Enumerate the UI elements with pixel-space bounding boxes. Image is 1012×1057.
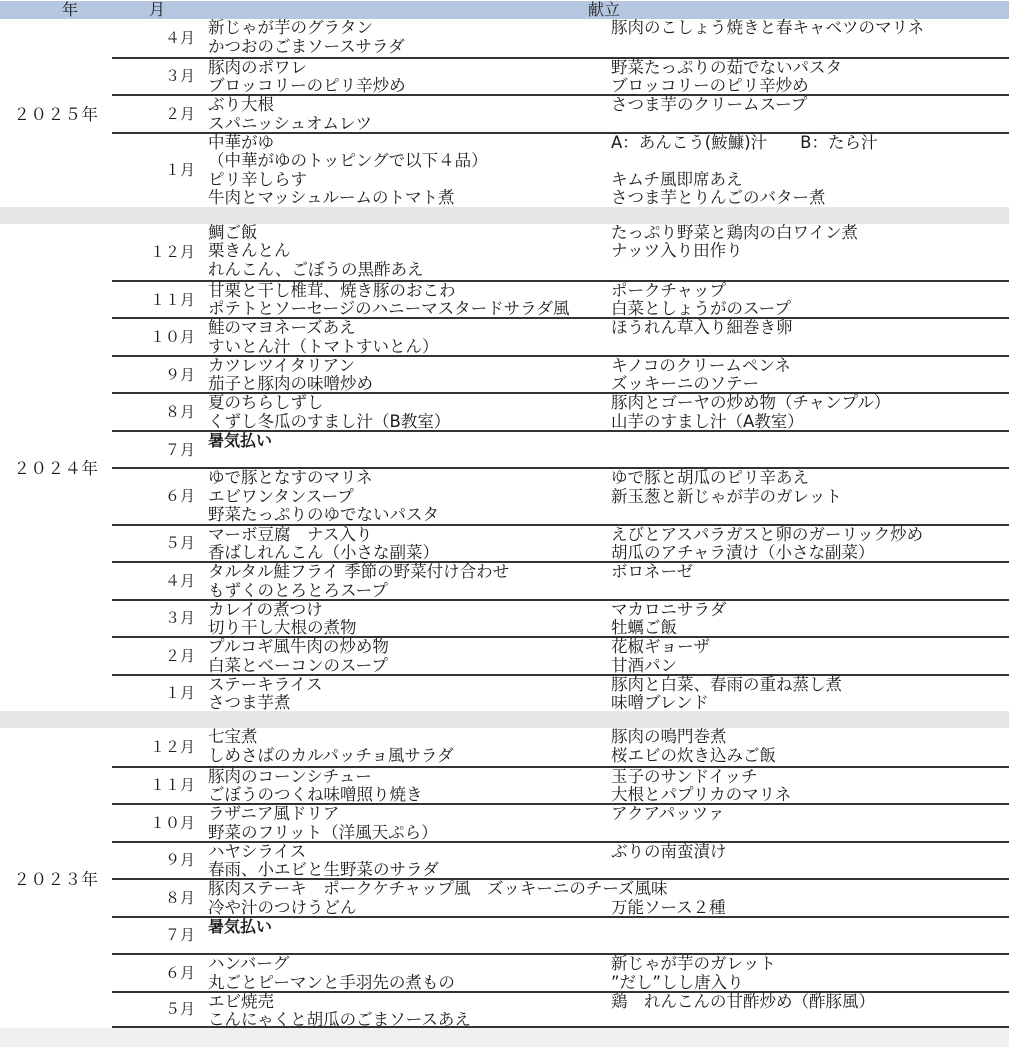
month-label: ４月 [112, 29, 208, 47]
month-row: ３月 カレイの煮つけ 切り干し大根の煮物 マカロニサラダ 牡蠣ご飯 [112, 599, 1009, 637]
month-label: ８月 [112, 403, 208, 421]
month-rows: ４月 新じゃが芋のグラタン かつおのごまソースサラダ 豚肉のこしょう焼きと春キャ… [112, 19, 1009, 207]
dishes-primary: マーボ豆腐 ナス入り 香ばしれんこん（小さな副菜） [208, 526, 611, 562]
dishes-primary: エビ焼売 こんにゃくと胡瓜のごまソースあえ [208, 993, 611, 1027]
month-rows: １２月 七宝煮 しめさばのカルパッチョ風サラダ 豚肉の鳴門巻煮 桜エビの炊き込み… [112, 728, 1009, 1028]
month-row: ９月 カツレツイタリアン 茄子と豚肉の味噌炒め キノコのクリームペンネ ズッキー… [112, 355, 1009, 393]
month-row: ６月 ゆで豚となすのマリネ エビワンタンスープ 野菜たっぷりのゆでないパスタ ゆ… [112, 467, 1009, 523]
dishes-secondary: ボロネーゼ [611, 563, 1009, 599]
dishes-secondary: ほうれん草入り細巻き卵 [611, 319, 1009, 355]
dishes-primary: 中華がゆ （中華がゆのトッピングで以下４品） ピリ辛しらす 牛肉とマッシュルーム… [208, 134, 611, 207]
month-label: ８月 [112, 889, 208, 907]
month-label: ７月 [112, 926, 208, 944]
month-row: ７月 暑気払い [112, 430, 1009, 468]
month-label: ６月 [112, 964, 208, 982]
dishes-secondary: たっぷり野菜と鶏肉の白ワイン煮 ナッツ入り田作り [611, 224, 1009, 280]
dishes-primary: ぶり大根 スパニッシュオムレツ [208, 96, 611, 132]
dishes-primary: 鮭のマヨネーズあえ すいとん汁（トマトすいとん） [208, 319, 611, 355]
year-label: ２０２４年 [0, 224, 112, 712]
dishes-secondary: ぶりの南蛮漬け [611, 843, 1009, 879]
dishes-secondary: 鶏 れんこんの甘酢炒め（酢豚風） [611, 993, 1009, 1027]
month-row: １月 ステーキライス さつま芋煮 豚肉と白菜、春雨の重ね蒸し煮 味噌ブレンド [112, 674, 1009, 712]
year-label: ２０２３年 [0, 728, 112, 1028]
month-label: １１月 [112, 776, 208, 794]
dishes-primary: 七宝煮 しめさばのカルパッチョ風サラダ [208, 728, 611, 766]
month-label: １月 [112, 161, 208, 179]
dishes-secondary: マカロニサラダ 牡蠣ご飯 [611, 601, 1009, 637]
dishes-secondary: アクアパッツァ [611, 805, 1009, 841]
month-row: ７月 暑気払い [112, 916, 1009, 954]
month-row: ８月 夏のちらしずし くずし冬瓜のすまし汁（B教室） 豚肉とゴーヤの炒め物（チャ… [112, 392, 1009, 430]
month-label: １０月 [112, 328, 208, 346]
month-label: １０月 [112, 814, 208, 832]
dishes-primary: 新じゃが芋のグラタン かつおのごまソースサラダ [208, 19, 611, 57]
month-rows: １２月 鯛ご飯 栗きんとん れんこん、ごぼうの黒酢あえ たっぷり野菜と鶏肉の白ワ… [112, 224, 1009, 712]
month-label: ２月 [112, 105, 208, 123]
dishes-secondary: 豚肉のこしょう焼きと春キャベツのマリネ [611, 19, 1009, 57]
dishes-secondary: A：あんこう(鮟鱇)汁 B：たら汁 キムチ風即席あえ さつま芋とりんごのバター煮 [611, 134, 1009, 207]
month-label: ４月 [112, 572, 208, 590]
month-row: ８月 豚肉ステーキ ポークケチャップ風 ズッキーニのチーズ風味 冷や汁のつけうど… [112, 878, 1009, 916]
dishes-primary: カレイの煮つけ 切り干し大根の煮物 [208, 601, 611, 637]
dishes-primary: ハンバーグ 丸ごとピーマンと手羽先の煮もの [208, 955, 611, 991]
month-label: ３月 [112, 67, 208, 85]
month-row: ５月 エビ焼売 こんにゃくと胡瓜のごまソースあえ 鶏 れんこんの甘酢炒め（酢豚風… [112, 991, 1009, 1029]
month-label: １２月 [112, 243, 208, 261]
dishes-secondary: 花椒ギョーザ 甘酒パン [611, 638, 1009, 674]
dishes-primary: 暑気払い [208, 918, 611, 954]
dishes-secondary: えびとアスパラガスと卵のガーリック炒め 胡瓜のアチャラ漬け（小さな副菜） [611, 526, 1009, 562]
month-row: １１月 甘栗と干し椎茸、焼き豚のおこわ ポテトとソーセージのハニーマスタードサラ… [112, 280, 1009, 318]
dishes-secondary [611, 432, 1009, 468]
month-label: ６月 [112, 487, 208, 505]
dishes-primary: 鯛ご飯 栗きんとん れんこん、ごぼうの黒酢あえ [208, 224, 611, 280]
month-row: ４月 タルタル鮭フライ 季節の野菜付け合わせ もずくのとろとろスープ ボロネーゼ [112, 561, 1009, 599]
year-separator [0, 207, 1009, 224]
year-block-2023: ２０２３年 １２月 七宝煮 しめさばのカルパッチョ風サラダ 豚肉の鳴門巻煮 桜エ… [0, 728, 1009, 1028]
month-label: ２月 [112, 647, 208, 665]
dishes-primary: ゆで豚となすのマリネ エビワンタンスープ 野菜たっぷりのゆでないパスタ [208, 469, 611, 523]
header-month: 月 [149, 1, 165, 19]
dishes-secondary: 野菜たっぷりの茹でないパスタ ブロッコリーのピリ辛炒め [611, 59, 1009, 95]
month-label: ３月 [112, 609, 208, 627]
dishes-secondary: 玉子のサンドイッチ 大根とパプリカのマリネ [611, 768, 1009, 804]
dishes-primary: ハヤシライス 春雨、小エビと生野菜のサラダ [208, 843, 611, 879]
dishes-primary: ラザニア風ドリア 野菜のフリット（洋風天ぷら） [208, 805, 611, 841]
dishes-secondary: 万能ソース２種 [611, 880, 1009, 916]
dishes-secondary [611, 918, 1009, 954]
dishes-primary: 豚肉のポワレ ブロッコリーのピリ辛炒め [208, 59, 611, 95]
month-label: ９月 [112, 851, 208, 869]
month-row: １０月 ラザニア風ドリア 野菜のフリット（洋風天ぷら） アクアパッツァ [112, 803, 1009, 841]
month-row: １２月 七宝煮 しめさばのカルパッチョ風サラダ 豚肉の鳴門巻煮 桜エビの炊き込み… [112, 728, 1009, 766]
dishes-primary: 夏のちらしずし くずし冬瓜のすまし汁（B教室） [208, 394, 611, 430]
dishes-secondary: さつま芋のクリームスープ [611, 96, 1009, 132]
month-label: ５月 [112, 1000, 208, 1018]
month-row: １１月 豚肉のコーンシチュー ごぼうのつくね味噌照り焼き 玉子のサンドイッチ 大… [112, 766, 1009, 804]
month-row: ２月 ぶり大根 スパニッシュオムレツ さつま芋のクリームスープ [112, 94, 1009, 132]
dishes-secondary: キノコのクリームペンネ ズッキーニのソテー [611, 357, 1009, 393]
month-row: ３月 豚肉のポワレ ブロッコリーのピリ辛炒め 野菜たっぷりの茹でないパスタ ブロ… [112, 57, 1009, 95]
month-row: ２月 プルコギ風牛肉の炒め物 白菜とベーコンのスープ 花椒ギョーザ 甘酒パン [112, 636, 1009, 674]
dishes-secondary: 豚肉の鳴門巻煮 桜エビの炊き込みご飯 [611, 728, 1009, 766]
menu-history-table: 年 月 献立 ２０２５年 ４月 新じゃが芋のグラタン かつおのごまソースサラダ … [0, 1, 1009, 1047]
dishes-primary: 豚肉ステーキ ポークケチャップ風 ズッキーニのチーズ風味 冷や汁のつけうどん [208, 880, 611, 916]
year-separator [0, 711, 1009, 728]
table-end-band [0, 1028, 1009, 1047]
month-row: ６月 ハンバーグ 丸ごとピーマンと手羽先の煮もの 新じゃが芋のガレット ”だし”… [112, 953, 1009, 991]
month-row: ９月 ハヤシライス 春雨、小エビと生野菜のサラダ ぶりの南蛮漬け [112, 841, 1009, 879]
month-label: １２月 [112, 738, 208, 756]
month-label: ７月 [112, 441, 208, 459]
dishes-primary: プルコギ風牛肉の炒め物 白菜とベーコンのスープ [208, 638, 611, 674]
dishes-secondary: 豚肉とゴーヤの炒め物（チャンプル） 山芋のすまし汁（A教室） [611, 394, 1009, 430]
year-block-2025: ２０２５年 ４月 新じゃが芋のグラタン かつおのごまソースサラダ 豚肉のこしょう… [0, 19, 1009, 207]
dishes-secondary: ゆで豚と胡瓜のピリ辛あえ 新玉葱と新じゃが芋のガレット [611, 469, 1009, 523]
dishes-primary: カツレツイタリアン 茄子と豚肉の味噌炒め [208, 357, 611, 393]
month-label: １月 [112, 684, 208, 702]
month-label: ５月 [112, 534, 208, 552]
dishes-secondary: ポークチャップ 白菜としょうがのスープ [611, 282, 1009, 318]
header-year: 年 [62, 1, 78, 19]
year-label: ２０２５年 [0, 19, 112, 207]
month-label: ９月 [112, 366, 208, 384]
month-row: ４月 新じゃが芋のグラタン かつおのごまソースサラダ 豚肉のこしょう焼きと春キャ… [112, 19, 1009, 57]
dishes-primary: 暑気払い [208, 432, 611, 468]
table-header: 年 月 献立 [0, 1, 1009, 19]
header-menu: 献立 [588, 1, 620, 19]
month-row: １０月 鮭のマヨネーズあえ すいとん汁（トマトすいとん） ほうれん草入り細巻き卵 [112, 317, 1009, 355]
month-label: １１月 [112, 291, 208, 309]
dishes-primary: 甘栗と干し椎茸、焼き豚のおこわ ポテトとソーセージのハニーマスタードサラダ風 [208, 282, 611, 318]
dishes-secondary: 新じゃが芋のガレット ”だし”しし唐入り [611, 955, 1009, 991]
month-row: １月 中華がゆ （中華がゆのトッピングで以下４品） ピリ辛しらす 牛肉とマッシュ… [112, 132, 1009, 207]
month-row: １２月 鯛ご飯 栗きんとん れんこん、ごぼうの黒酢あえ たっぷり野菜と鶏肉の白ワ… [112, 224, 1009, 280]
dishes-secondary: 豚肉と白菜、春雨の重ね蒸し煮 味噌ブレンド [611, 676, 1009, 712]
dishes-primary: タルタル鮭フライ 季節の野菜付け合わせ もずくのとろとろスープ [208, 563, 611, 599]
year-block-2024: ２０２４年 １２月 鯛ご飯 栗きんとん れんこん、ごぼうの黒酢あえ たっぷり野菜… [0, 224, 1009, 712]
dishes-primary: 豚肉のコーンシチュー ごぼうのつくね味噌照り焼き [208, 768, 611, 804]
dishes-primary: ステーキライス さつま芋煮 [208, 676, 611, 712]
month-row: ５月 マーボ豆腐 ナス入り 香ばしれんこん（小さな副菜） えびとアスパラガスと卵… [112, 524, 1009, 562]
